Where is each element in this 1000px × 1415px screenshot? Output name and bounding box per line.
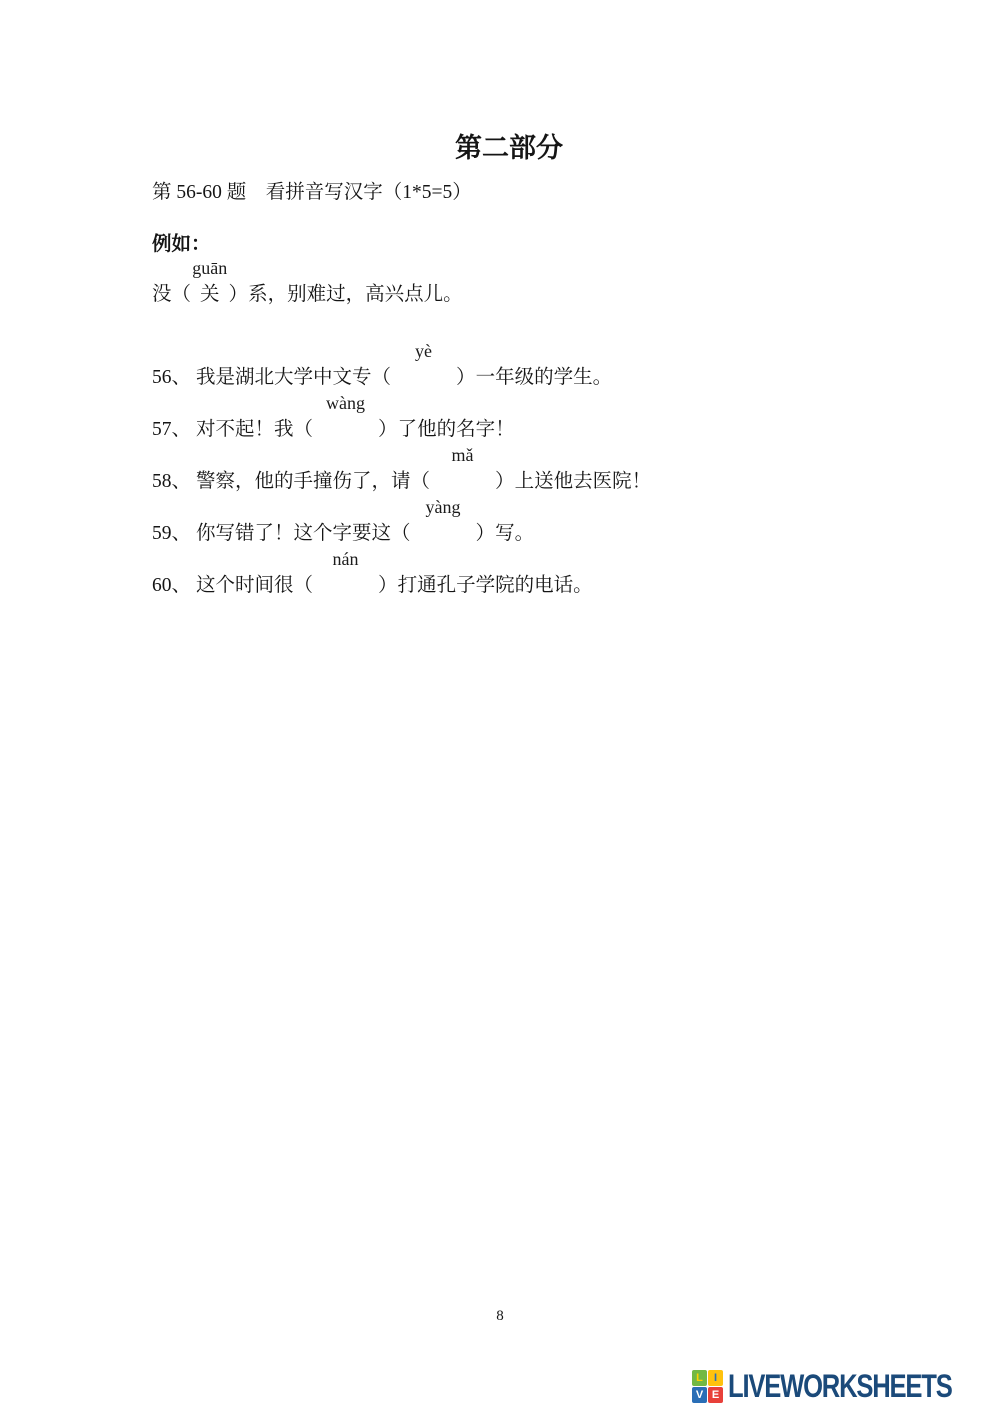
example-pinyin-hint: guān xyxy=(192,258,227,278)
question-number: 60、 xyxy=(152,575,191,596)
pinyin-hint: nán xyxy=(333,549,359,569)
worksheet-content: 第二部分 第 56-60 题 看拼音写汉字（1*5=5） 例如： 没guān（关… xyxy=(0,0,1000,1415)
question-number: 56、 xyxy=(152,367,191,388)
pinyin-hint: yè xyxy=(415,341,432,361)
question-list: 56、我是湖北大学中文专yè（）一年级的学生。 57、对不起！我wàng（）了他… xyxy=(0,340,1000,600)
logo-square-e: E xyxy=(708,1387,723,1403)
question-prefix: 这个时间很 xyxy=(196,575,294,596)
question-59: 59、你写错了！这个字要这yàng（）写。 xyxy=(152,496,1000,548)
answer-blank-56: yè（） xyxy=(372,363,476,392)
question-58: 58、警察，他的手撞伤了，请mǎ（）上送他去医院！ xyxy=(152,444,1000,496)
question-57: 57、对不起！我wàng（）了他的名字！ xyxy=(152,392,1000,444)
question-prefix: 警察，他的手撞伤了，请 xyxy=(196,471,411,492)
pinyin-hint: mǎ xyxy=(452,445,474,465)
example-prefix: 没 xyxy=(152,284,172,305)
close-paren: ） xyxy=(229,284,249,305)
open-paren: （ xyxy=(294,575,314,596)
logo-square-i: I xyxy=(708,1370,723,1386)
open-paren: （ xyxy=(294,419,314,440)
question-prefix: 我是湖北大学中文专 xyxy=(196,367,372,388)
example-blank: guān（关） xyxy=(172,280,249,309)
question-suffix: 了他的名字！ xyxy=(398,419,515,440)
answer-blank-58: mǎ（） xyxy=(411,467,515,496)
open-paren: （ xyxy=(411,471,431,492)
liveworksheets-wordmark: LIVEWORKSHEETS xyxy=(728,1368,952,1405)
question-prefix: 对不起！我 xyxy=(196,419,294,440)
answer-blank-60: nán（） xyxy=(294,571,398,600)
pinyin-hint: wàng xyxy=(326,393,365,413)
question-prefix: 你写错了！这个字要这 xyxy=(196,523,391,544)
question-56: 56、我是湖北大学中文专yè（）一年级的学生。 xyxy=(152,340,1000,392)
open-paren: （ xyxy=(372,367,392,388)
close-paren: ） xyxy=(456,367,476,388)
logo-square-v: V xyxy=(692,1387,707,1403)
question-suffix: 一年级的学生。 xyxy=(476,367,613,388)
open-paren: （ xyxy=(391,523,411,544)
close-paren: ） xyxy=(476,523,496,544)
question-number: 58、 xyxy=(152,471,191,492)
liveworksheets-logo[interactable]: LIVE LIVEWORKSHEETS xyxy=(692,1368,1000,1405)
worksheet-page: 第二部分 第 56-60 题 看拼音写汉字（1*5=5） 例如： 没guān（关… xyxy=(0,0,1000,1415)
close-paren: ） xyxy=(495,471,515,492)
section-heading: 第 56-60 题 看拼音写汉字（1*5=5） xyxy=(152,179,1000,207)
open-paren: （ xyxy=(172,284,192,305)
question-number: 57、 xyxy=(152,419,191,440)
page-number: 8 xyxy=(0,1306,1000,1326)
section-title: 第二部分 xyxy=(0,131,1000,165)
example-answer: 关 xyxy=(191,284,229,305)
question-number: 59、 xyxy=(152,523,191,544)
question-suffix: 打通孔子学院的电话。 xyxy=(398,575,593,596)
answer-blank-59: yàng（） xyxy=(391,519,495,548)
example-sentence: 没guān（关）系，别难过，高兴点儿。 xyxy=(152,257,1000,309)
example-label: 例如： xyxy=(152,233,1000,257)
question-suffix: 上送他去医院！ xyxy=(515,471,652,492)
logo-square-l: L xyxy=(692,1370,707,1386)
pinyin-hint: yàng xyxy=(426,497,461,517)
close-paren: ） xyxy=(378,419,398,440)
liveworksheets-squares-icon: LIVE xyxy=(692,1370,723,1403)
answer-blank-57: wàng（） xyxy=(294,415,398,444)
question-60: 60、这个时间很nán（）打通孔子学院的电话。 xyxy=(152,548,1000,600)
example-suffix: 系，别难过，高兴点儿。 xyxy=(248,284,463,305)
question-suffix: 写。 xyxy=(495,523,534,544)
close-paren: ） xyxy=(378,575,398,596)
